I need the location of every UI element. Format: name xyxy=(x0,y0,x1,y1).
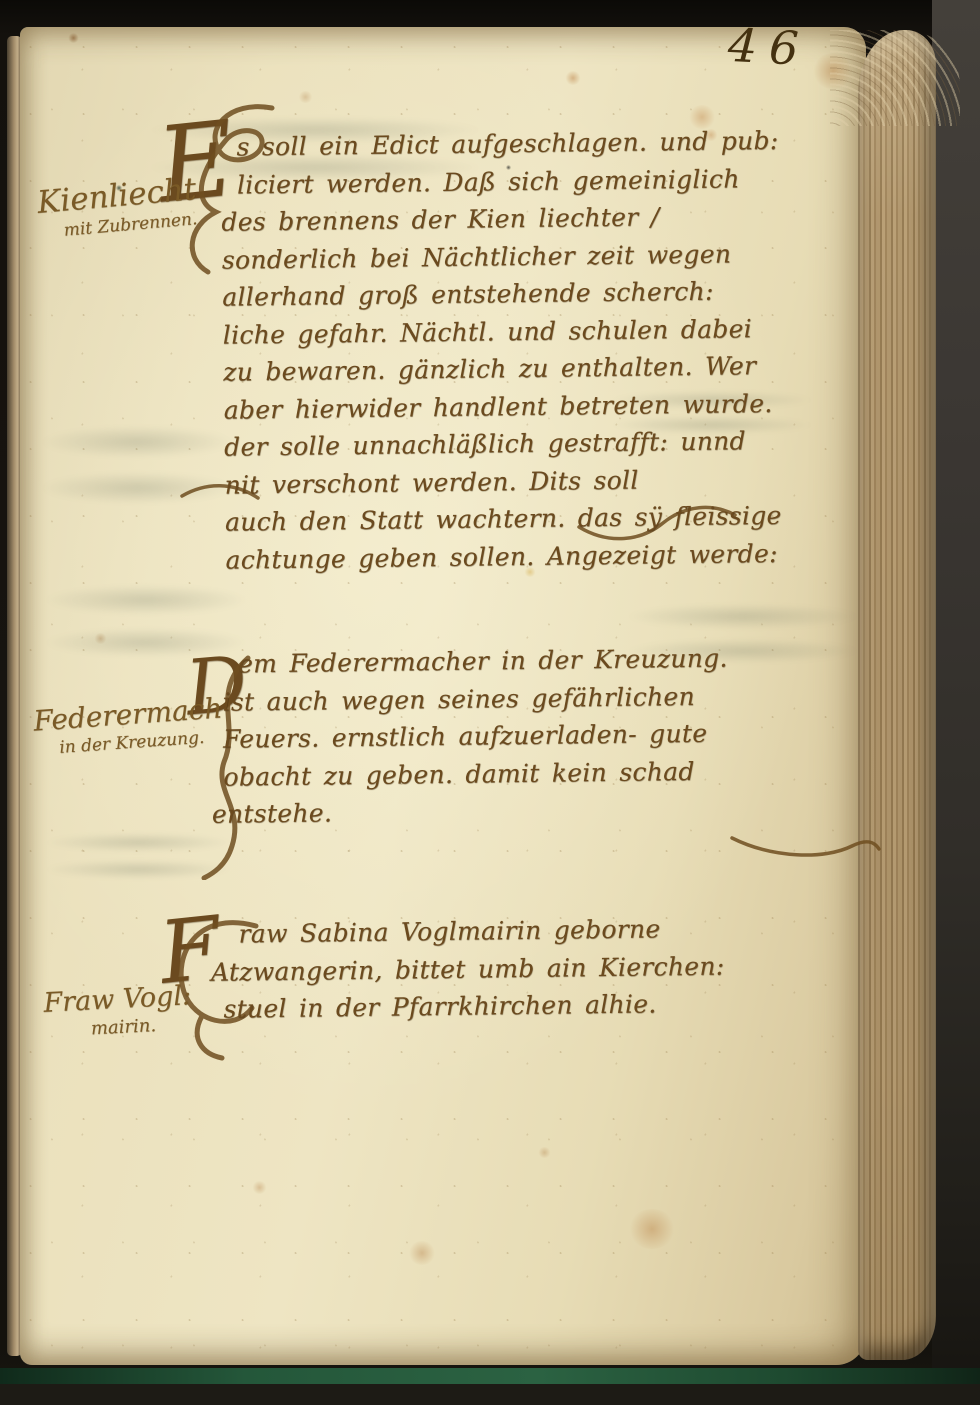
stain xyxy=(68,33,79,43)
manuscript-photo: 46 E D F Kienliecht mit Zubrennen. Feder… xyxy=(0,0,980,1405)
table-edge-stripe xyxy=(0,1368,980,1384)
stain xyxy=(94,633,107,644)
stain xyxy=(628,1209,676,1249)
text-line: achtunge geben sollen. Angezeigt werde: xyxy=(225,534,825,579)
stain xyxy=(538,1147,551,1158)
stain xyxy=(408,1241,436,1265)
book-fore-edge xyxy=(858,30,936,1360)
entry-federermacher: em Federermacher in der Kreuzung. ist au… xyxy=(222,638,824,833)
stain xyxy=(252,1181,267,1194)
text-line: stuel in der Pfarrkhirchen alhie. xyxy=(223,983,823,1028)
entry-kienliecht: s soll ein Edict aufgeschlagen. und pub:… xyxy=(220,121,825,578)
page-number: 46 xyxy=(727,18,812,76)
stain xyxy=(298,91,313,103)
entry-voglmairin: raw Sabina Voglmairin geborne Atzwangeri… xyxy=(222,908,823,1028)
text-line: s soll ein Edict aufgeschlagen. und pub: xyxy=(236,121,820,166)
text-line: entstehe. xyxy=(212,788,824,833)
table-shadow xyxy=(0,1384,980,1405)
margin-note-title: Fraw Vogl: xyxy=(43,980,192,1019)
margin-note-voglmairin: Fraw Vogl: mairin. xyxy=(43,980,193,1042)
text-line: liciert werden. Daß sich gemeiniglich xyxy=(237,159,821,204)
stain xyxy=(812,53,854,89)
stain xyxy=(565,71,581,85)
backdrop-right xyxy=(932,0,980,1405)
text-line: der solle unnachläßlich gestrafft: unnd xyxy=(224,421,824,466)
